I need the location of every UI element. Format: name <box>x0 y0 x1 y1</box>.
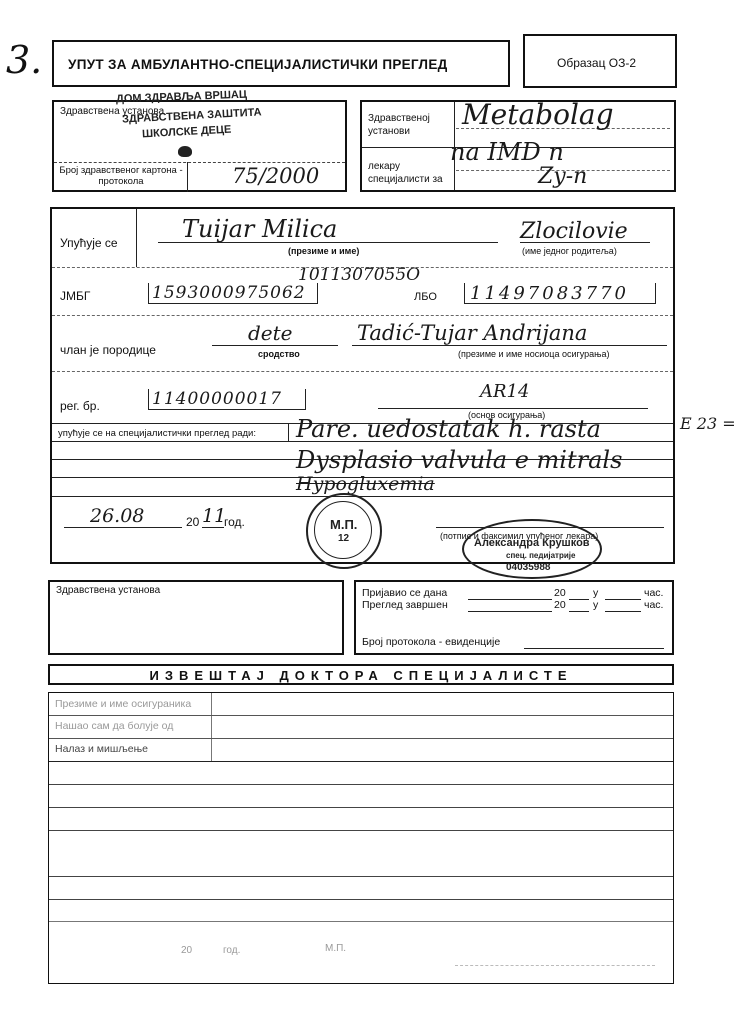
referral-year-value: 11 <box>202 505 226 527</box>
findings-label: Налаз и мишљење <box>55 743 148 755</box>
reg-number-value: 11400000017 <box>152 389 282 409</box>
card-number-value: 75/2000 <box>232 164 319 188</box>
patient-referral-box: Упућује се Tuijar Milica (презиме и име)… <box>50 207 675 564</box>
family-member-label: члан је породице <box>60 343 156 357</box>
referred-label: Упућује се <box>60 236 118 250</box>
protocol-label: Број протокола - евиденције <box>362 636 500 648</box>
parent-name-caption: (име једног родитеља) <box>522 246 617 256</box>
reason-line-1: Pare. uedostatak h. rasta <box>296 415 601 443</box>
report-year-prefix: 20 <box>181 945 192 956</box>
doctor-stamp-code: 04035988 <box>506 562 551 573</box>
referring-institution-box: Здравствена установа ДОМ ЗДРАВЉА ВРШАЦ З… <box>52 100 347 192</box>
reason-label: упућује се на специјалистички преглед ра… <box>58 428 256 439</box>
reason-margin-note: E 23 = <box>680 414 736 433</box>
insurance-basis-value: AR14 <box>480 381 529 402</box>
referral-date-value: 26.08 <box>90 505 144 527</box>
seal-number: 12 <box>338 533 349 544</box>
institution-stamp-line-1: ДОМ ЗДРАВЉА ВРШАЦ <box>116 89 247 106</box>
specialist-report-box: Презиме и име осигураника Нашао сам да б… <box>48 692 674 984</box>
finished-year-prefix: 20 <box>554 599 566 611</box>
report-title: ИЗВЕШТАЈ ДОКТОРА СПЕЦИЈАЛИСТЕ <box>50 668 672 683</box>
jmbg-label: ЈМБГ <box>60 289 90 303</box>
specialist-label: лекару специјалисти за <box>368 160 454 186</box>
receiving-institution-box: Здравствена установа <box>48 580 344 655</box>
report-title-box: ИЗВЕШТАЈ ДОКТОРА СПЕЦИЈАЛИСТЕ <box>48 664 674 685</box>
visit-times-box: Пријавио се дана 20 у час. Преглед заврш… <box>354 580 674 655</box>
reg-number-label: рег. бр. <box>60 399 100 413</box>
doctor-stamp-name: Александра Крушков <box>474 537 590 549</box>
reason-line-2: Dysplasio valvula e mitrals <box>296 446 622 474</box>
form-code-box: Образац ОЗ-2 <box>523 34 677 88</box>
finished-label: Преглед завршен <box>362 599 448 611</box>
receiving-institution-label: Здравствена установа <box>56 585 160 596</box>
reported-label: Пријавио се дана <box>362 587 447 599</box>
form-title-box: УПУТ ЗА АМБУЛАНТНО-СПЕЦИЈАЛИСТИЧКИ ПРЕГЛ… <box>52 40 510 87</box>
target-institution-label: Здравственој установи <box>368 112 448 138</box>
insured-name-value: Tadić-Tujar Andrijana <box>357 321 587 345</box>
specialist-value-line2: Zy-n <box>538 164 587 189</box>
form-code: Образац ОЗ-2 <box>557 56 636 70</box>
lbo-label: ЛБО <box>414 291 437 303</box>
finished-hour-label: час. <box>644 599 663 611</box>
doctor-stamp-title: спец. педијатрије <box>506 551 575 560</box>
reason-line-3: Hypogluxemia <box>296 473 435 495</box>
jmbg-annotation: 1011307055O <box>298 265 420 285</box>
seal-label: М.П. <box>330 517 357 532</box>
year-suffix: год. <box>224 515 245 529</box>
insured-name-caption: (презиме и име носиоца осигурања) <box>458 349 610 359</box>
card-number-label: Број здравственог картона - протокола <box>57 165 185 187</box>
jmbg-value: 1593000975062 <box>152 283 306 303</box>
target-institution-box: Здравственој установи лекару специјалист… <box>360 100 676 192</box>
relation-caption: сродство <box>258 349 300 359</box>
insured-name-label: Презиме и име осигураника <box>55 698 191 710</box>
year-prefix: 20 <box>186 515 199 529</box>
doctor-stamp: Александра Крушков спец. педијатрије 040… <box>462 519 602 579</box>
stamp-logo-icon <box>178 146 192 157</box>
relation-value: dete <box>248 321 293 345</box>
report-seal-label: М.П. <box>325 943 346 954</box>
ill-since-label: Нашао сам да болује од <box>55 720 173 732</box>
report-year-suffix: год. <box>223 945 240 956</box>
parent-name-value: Zlocilovie <box>520 219 628 244</box>
finished-at-label: у <box>593 599 598 611</box>
target-institution-value: Metabolag <box>462 98 614 131</box>
form-title: УПУТ ЗА АМБУЛАНТНО-СПЕЦИЈАЛИСТИЧКИ ПРЕГЛ… <box>68 57 448 72</box>
lbo-value: 11497083770 <box>470 283 629 304</box>
reported-at-label: у <box>593 587 598 599</box>
specialist-value-line1: na IMD n <box>450 138 564 166</box>
page-number-mark: 3. <box>6 38 42 82</box>
reported-hour-label: час. <box>644 587 663 599</box>
patient-name-value: Tuijar Milica <box>182 215 337 243</box>
institution-stamp-line-3: ШКОЛСКЕ ДЕЦЕ <box>142 124 232 141</box>
official-seal: М.П. 12 <box>306 493 382 569</box>
patient-name-caption: (презиме и име) <box>288 246 359 256</box>
reported-year-prefix: 20 <box>554 587 566 599</box>
